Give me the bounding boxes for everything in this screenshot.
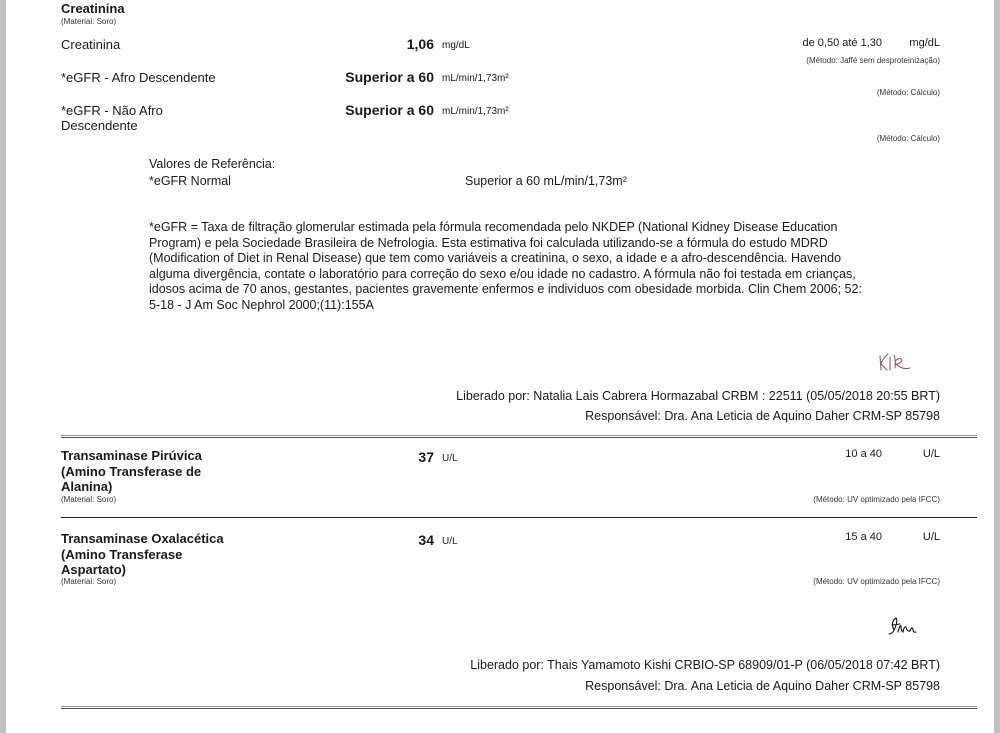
material-label: (Material: Soro): [61, 17, 116, 26]
method-label: (Método: UV optimizado pela IFCC): [813, 495, 940, 504]
reference-unit: U/L: [923, 448, 940, 460]
result-label-egfr-nao-afro: *eGFR - Não Afro Descendente: [61, 103, 163, 133]
reference-range: 15 a 40: [845, 531, 882, 543]
result-value-tgp: 37: [418, 449, 434, 465]
exam-title-tgp: Transaminase Pirúvica (Amino Transferase…: [61, 448, 202, 495]
exam-title-creatinina: Creatinina: [61, 1, 125, 16]
result-unit: mg/dL: [442, 40, 470, 51]
egfr-note: *eGFR = Taxa de filtração glomerular est…: [149, 220, 949, 313]
reference-unit: mg/dL: [909, 37, 940, 49]
method-label: (Método: UV optimizado pela IFCC): [813, 577, 940, 586]
note-line: alguma divergência, contate o laboratóri…: [149, 267, 949, 283]
released-by-text: Liberado por: Natalia Lais Cabrera Horma…: [456, 389, 940, 403]
value: Superior a 60: [345, 69, 434, 85]
value: Superior a 60: [345, 102, 434, 118]
exam-title-tgo: Transaminase Oxalacética (Amino Transfer…: [61, 531, 224, 578]
result-unit: U/L: [442, 536, 458, 547]
note-line: 5-18 - J Am Soc Nephrol 2000;(11):155A: [149, 298, 949, 314]
title-line: (Amino Transferase: [61, 547, 224, 563]
signature-image: [876, 350, 916, 376]
lab-report-page: Creatinina (Material: Soro) Creatinina 1…: [6, 0, 994, 733]
title-line: Transaminase Oxalacética: [61, 531, 224, 547]
result-value-tgo: 34: [418, 532, 434, 548]
method-label: (Método: Jaffé sem desproteinização): [806, 56, 940, 65]
material-label: (Material: Soro): [61, 495, 116, 504]
reference-item-label: *eGFR Normal: [149, 174, 231, 188]
result-label-egfr-afro: *eGFR - Afro Descendente: [61, 70, 216, 85]
signature-image: [886, 614, 920, 638]
value: 1,06: [407, 36, 434, 52]
result-value-egfr-afro: Superior a 60: [345, 69, 434, 87]
title-line: (Amino Transferase de: [61, 464, 202, 480]
result-value-creatinina: 1,06: [407, 36, 434, 54]
reference-heading: Valores de Referência:: [149, 157, 275, 171]
label-line: Descendente: [61, 118, 163, 133]
result-label-creatinina: Creatinina: [61, 37, 120, 52]
result-unit: mL/min/1,73m²: [442, 106, 509, 117]
section-divider: [61, 706, 977, 709]
reference-range: de 0,50 até 1,30: [802, 37, 882, 49]
title-line: Transaminase Pirúvica: [61, 448, 202, 464]
responsible-text: Responsável: Dra. Ana Leticia de Aquino …: [585, 679, 940, 693]
note-line: Program) e pela Sociedade Brasileira de …: [149, 236, 949, 252]
result-unit: mL/min/1,73m²: [442, 73, 509, 84]
exam-divider: [61, 517, 977, 518]
result-unit: U/L: [442, 453, 458, 464]
section-divider: [61, 435, 977, 438]
note-line: *eGFR = Taxa de filtração glomerular est…: [149, 220, 949, 236]
result-value-egfr-nao-afro: Superior a 60: [345, 102, 434, 120]
label-line: *eGFR - Não Afro: [61, 103, 163, 118]
reference-unit: U/L: [923, 531, 940, 543]
released-by-text: Liberado por: Thais Yamamoto Kishi CRBIO…: [470, 658, 940, 672]
note-line: (Modification of Diet in Renal Disease) …: [149, 251, 949, 267]
method-label: (Método: Cálculo): [877, 134, 940, 143]
reference-item-value: Superior a 60 mL/min/1,73m²: [465, 174, 627, 188]
material-label: (Material: Soro): [61, 577, 116, 586]
title-line: Alanina): [61, 479, 202, 495]
responsible-text: Responsável: Dra. Ana Leticia de Aquino …: [585, 409, 940, 423]
note-line: idosos acima de 70 anos, gestantes, paci…: [149, 282, 949, 298]
title-line: Aspartato): [61, 562, 224, 578]
reference-range: 10 a 40: [845, 448, 882, 460]
method-label: (Método: Cálculo): [877, 88, 940, 97]
